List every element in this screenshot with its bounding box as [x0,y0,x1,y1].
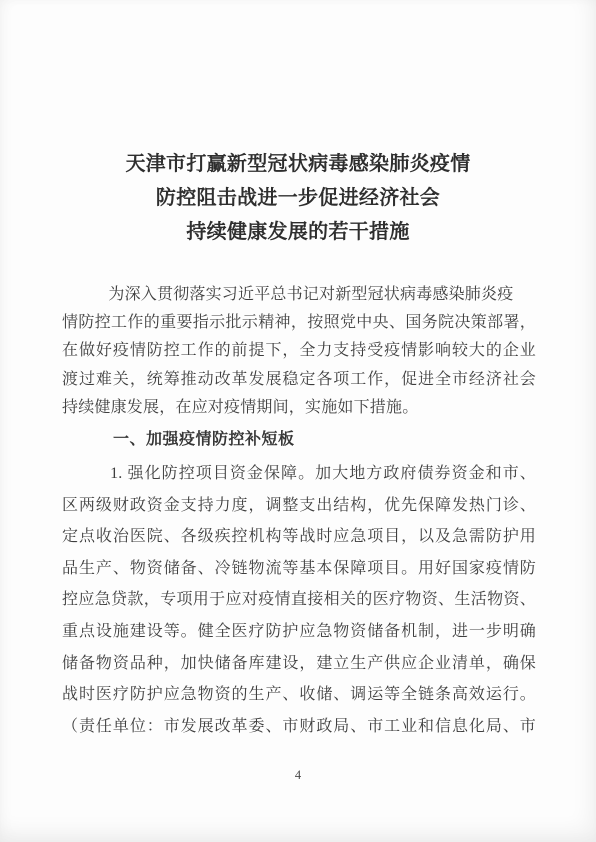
body-text-line: 储备物资品种，加快储备库建设，建立生产供应企业清单，确保 [62,648,536,680]
body-text-line: 重点设施建设等。健全医疗防护应急物资储备机制，进一步明确 [62,616,536,648]
page-number: 4 [0,768,596,783]
body-text-line: 战时医疗防护应急物资的生产、收储、调运等全链条高效运行。 [62,679,536,711]
section1-item1-paragraph: 1. 强化防控项目资金保障。加大地方政府债券资金和市、区两级财政资金支持力度，调… [62,458,536,742]
body-text-line: 定点收治医院、各级疾控机构等战时应急项目，以及急需防护用 [62,521,536,553]
body-text-line: （责任单位：市发展改革委、市财政局、市工业和信息化局、市 [62,711,536,743]
body-text-line: 情防控工作的重要指示批示精神，按照党中央、国务院决策部署， [62,309,536,337]
section-heading: 一、加强疫情防控补短板 [62,422,536,458]
body-text-line: 品生产、物资储备、冷链物流等基本保障项目。用好国家疫情防 [62,553,536,585]
body-text-line: 区两级财政资金支持力度，调整支出结构，优先保障发热门诊、 [62,490,536,522]
body-text-line: 为深入贯彻落实习近平总书记对新型冠状病毒感染肺炎疫 [62,281,536,309]
document-title-line: 持续健康发展的若干措施 [0,215,596,249]
document-title-line: 天津市打赢新型冠状病毒感染肺炎疫情 [0,147,596,181]
document-page: 天津市打赢新型冠状病毒感染肺炎疫情防控阻击战进一步促进经济社会持续健康发展的若干… [0,0,596,842]
body-text-line: 持续健康发展，在应对疫情期间，实施如下措施。 [62,394,536,422]
body-text-line: 渡过难关，统筹推动改革发展稳定各项工作，促进全市经济社会 [62,366,536,394]
document-title-line: 防控阻击战进一步促进经济社会 [0,181,596,215]
document-title: 天津市打赢新型冠状病毒感染肺炎疫情防控阻击战进一步促进经济社会持续健康发展的若干… [0,147,596,249]
body-text-line: 在做好疫情防控工作的前提下，全力支持受疫情影响较大的企业 [62,337,536,365]
body-text-line: 1. 强化防控项目资金保障。加大地方政府债券资金和市、 [62,458,536,490]
intro-paragraph: 为深入贯彻落实习近平总书记对新型冠状病毒感染肺炎疫情防控工作的重要指示批示精神，… [62,281,536,422]
document-body: 为深入贯彻落实习近平总书记对新型冠状病毒感染肺炎疫情防控工作的重要指示批示精神，… [62,281,536,742]
body-text-line: 控应急贷款，专项用于应对疫情直接相关的医疗物资、生活物资、 [62,584,536,616]
